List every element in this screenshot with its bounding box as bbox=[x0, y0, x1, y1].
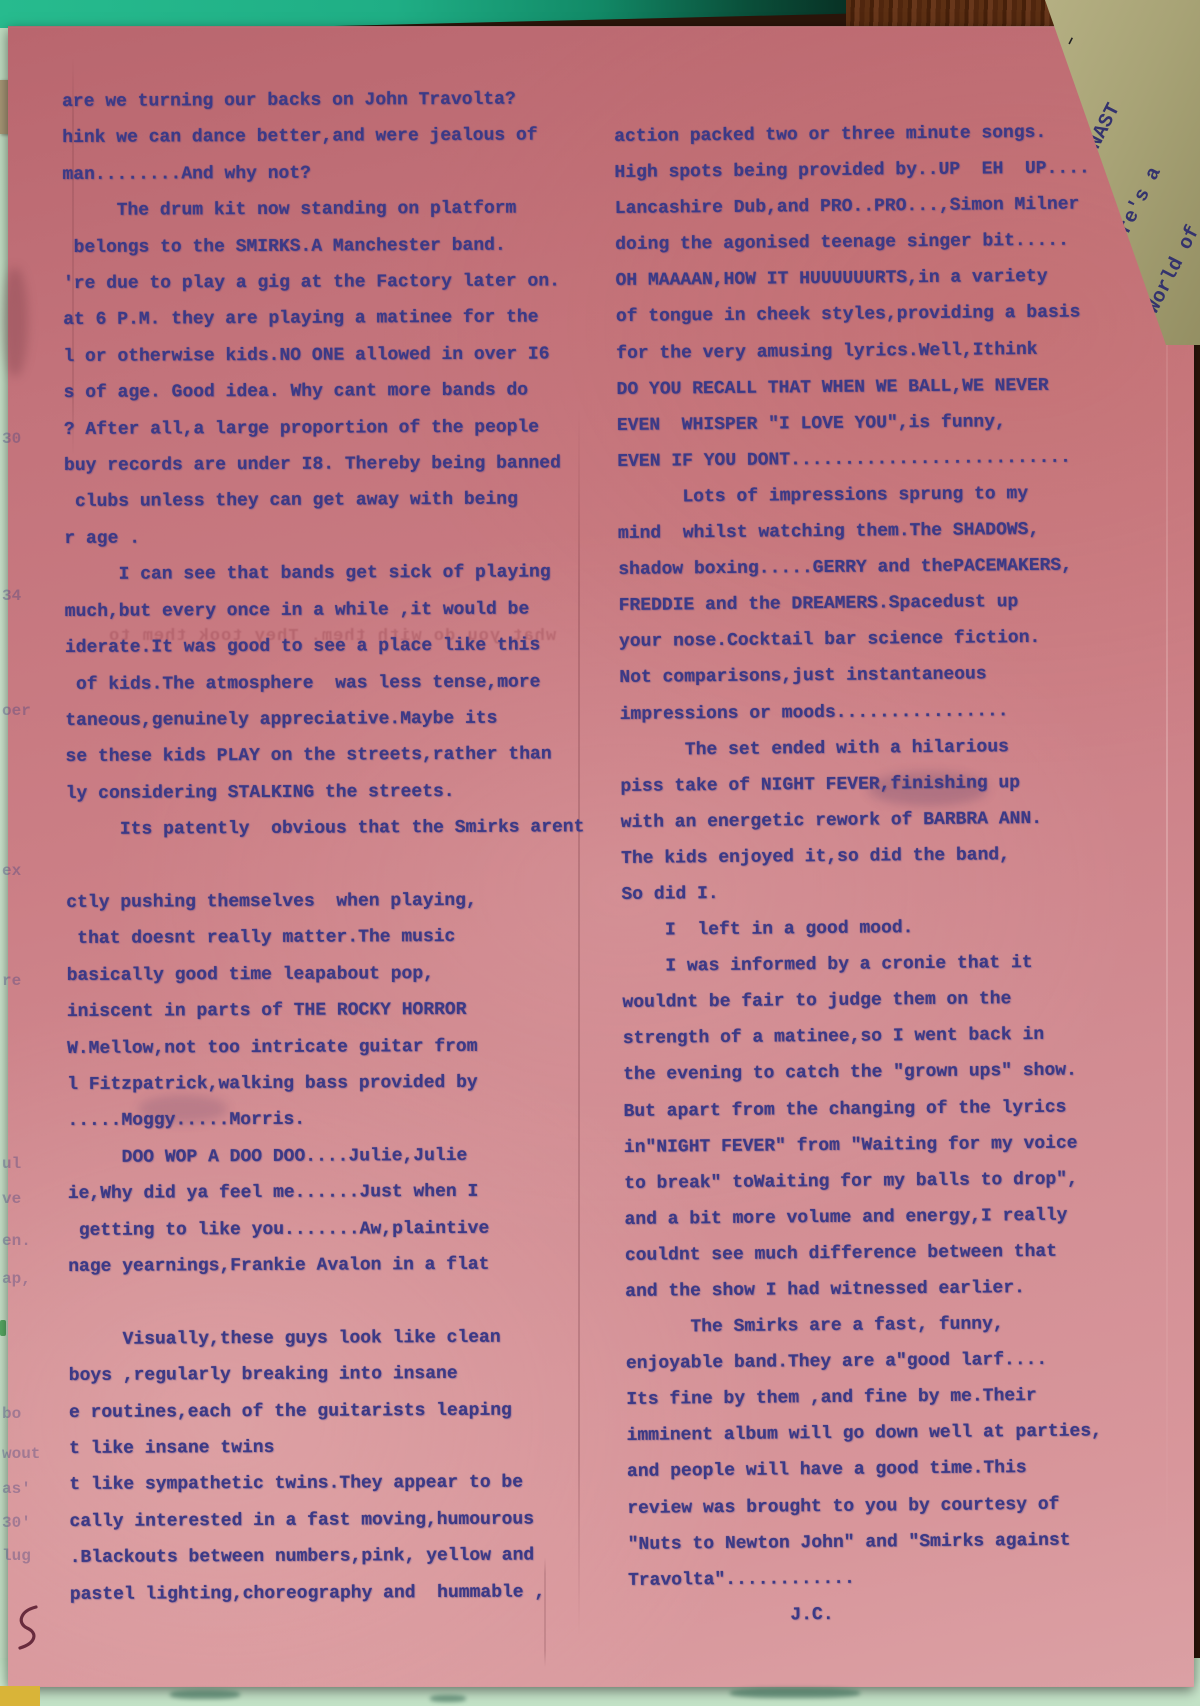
margin-fragment: ex bbox=[2, 862, 21, 880]
right-column-text: action packed two or three minute songs.… bbox=[614, 114, 1104, 1634]
margin-fragment: oer bbox=[2, 702, 31, 720]
left-column-text: are we turning our backs on John Travolt… bbox=[62, 81, 588, 1613]
margin-fragment: 34 bbox=[2, 587, 21, 605]
margin-fragment: ap, bbox=[2, 1270, 31, 1288]
mint-sheet-mark bbox=[430, 1695, 466, 1702]
mint-sheet-mark bbox=[730, 1688, 860, 1698]
yellow-paper-corner bbox=[0, 1686, 40, 1706]
margin-fragment: wout bbox=[2, 1445, 40, 1463]
mint-sheet-mark bbox=[170, 1690, 240, 1699]
margin-fragment: re bbox=[2, 972, 21, 990]
margin-fragment: en. bbox=[2, 1232, 31, 1250]
handwritten-mark bbox=[12, 1603, 46, 1651]
margin-fragment: lug bbox=[2, 1547, 31, 1565]
margin-fragment: bo bbox=[2, 1405, 21, 1423]
fanzine-page: what you do with them. They took them to… bbox=[8, 26, 1194, 1687]
margin-fragment: ve bbox=[2, 1190, 21, 1208]
margin-fragment: 30 bbox=[2, 430, 21, 448]
margin-fragment: 30' bbox=[2, 1514, 31, 1532]
edge-stain bbox=[2, 267, 28, 377]
margin-fragment: as' bbox=[2, 1480, 31, 1498]
margin-fragment: ul bbox=[2, 1155, 21, 1173]
scanned-photo-background: what you do with them. They took them to… bbox=[0, 0, 1200, 1706]
green-fleck bbox=[0, 1320, 6, 1336]
